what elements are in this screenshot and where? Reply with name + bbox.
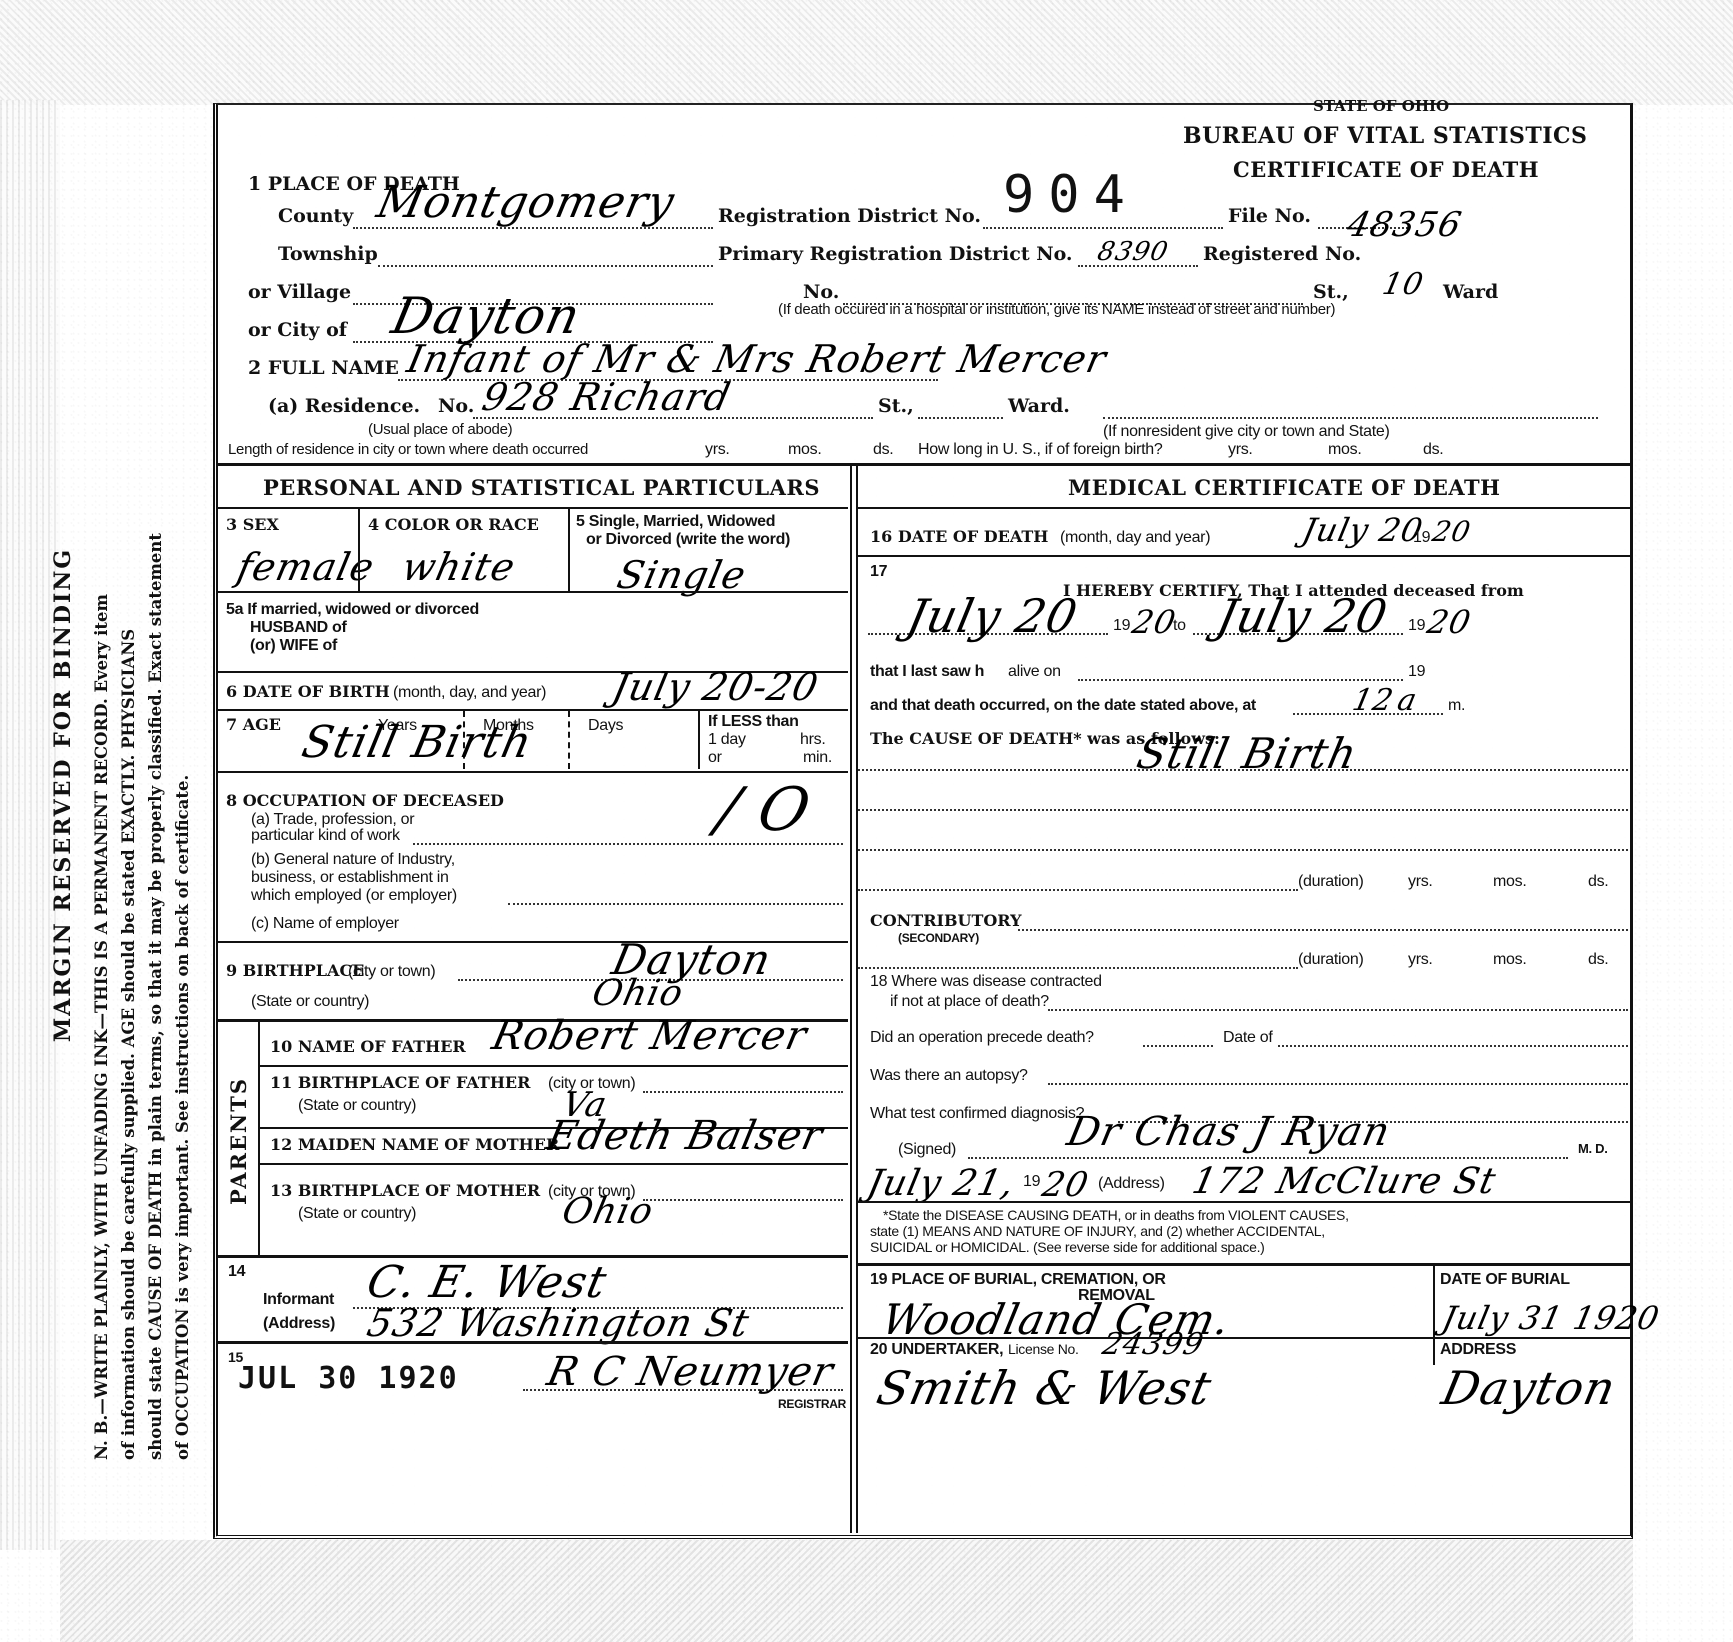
nonresident-note: (If nonresident give city or town and St… <box>1103 423 1390 441</box>
birthplace-state-label: (State or country) <box>251 993 369 1011</box>
q18-line-2: if not at place of death? <box>890 993 1049 1011</box>
primary-district-label: Primary Registration District No. <box>718 243 1073 265</box>
birthplace-sub: (city or town) <box>348 963 435 981</box>
q18-answer-line <box>1048 1009 1628 1011</box>
occupation-b-3: which employed (or employer) <box>251 887 457 905</box>
personal-heading: PERSONAL AND STATISTICAL PARTICULARS <box>263 475 820 500</box>
dob-value[interactable]: July 20-20 <box>608 665 822 709</box>
informant-address-label: (Address) <box>263 1315 335 1333</box>
county-value[interactable]: Montgomery <box>373 177 680 228</box>
binding-margin-instructions: MARGIN RESERVED FOR BINDING N. B.—WRITE … <box>50 130 200 1460</box>
burial-date-label: DATE OF BURIAL <box>1440 1271 1570 1289</box>
section-divider <box>218 463 1630 466</box>
duration-mos-2: mos. <box>1493 951 1526 969</box>
reg-district-label: Registration District No. <box>718 205 981 227</box>
occupation-mark[interactable]: / O <box>711 775 817 845</box>
duration-label-2: (duration) <box>1298 951 1363 969</box>
age-label: 7 AGE <box>226 715 281 734</box>
spouse-label-3: (or) WIFE of <box>250 637 337 655</box>
rule <box>568 711 570 769</box>
township-line <box>378 265 713 267</box>
rule <box>218 507 848 509</box>
residence-label: (a) Residence. <box>268 395 420 417</box>
burial-date-value[interactable]: July 31 1920 <box>1439 1299 1663 1337</box>
residence-ward-line <box>918 417 1003 419</box>
hospital-note: (If death occured in a hospital or insti… <box>778 301 1335 318</box>
rule <box>858 507 1630 509</box>
margin-line-3: should state CAUSE OF DEATH in plain ter… <box>142 130 169 1460</box>
operation-date-label: Date of <box>1223 1029 1273 1047</box>
cause-of-death-value[interactable]: Still Birth <box>1133 729 1362 778</box>
undertaker-address-label: ADDRESS <box>1440 1341 1516 1359</box>
street-no-label: No. <box>803 281 839 303</box>
less-hrs-label: hrs. <box>800 731 825 749</box>
margin-line-4: of OCCUPATION is very important. See ins… <box>169 130 196 1460</box>
rule <box>258 1021 260 1256</box>
md-label: M. D. <box>1578 1141 1608 1156</box>
rule <box>698 711 700 769</box>
margin-line-1: N. B.—WRITE PLAINLY, WITH UNFADING INK—T… <box>88 130 115 1460</box>
length-of-residence-label: Length of residence in city or town wher… <box>228 441 588 458</box>
last-saw-label: that I last saw h <box>870 663 984 681</box>
city-label: or City of <box>248 319 347 341</box>
occupation-c: (c) Name of employer <box>251 915 399 933</box>
attended-to-year[interactable]: 20 <box>1424 603 1475 641</box>
duration-label-1: (duration) <box>1298 873 1363 891</box>
us-mos: mos. <box>1328 441 1361 459</box>
dod-year[interactable]: 20 <box>1429 515 1474 548</box>
duration-ds-2: ds. <box>1588 951 1608 969</box>
signed-date[interactable]: July 21, <box>864 1163 1019 1204</box>
duration-yrs-1: yrs. <box>1408 873 1433 891</box>
contributory-label: CONTRIBUTORY <box>870 911 1022 930</box>
rule <box>1433 1265 1435 1365</box>
nonresident-line <box>1103 417 1598 419</box>
footnote-1: *State the DISEASE CAUSING DEATH, or in … <box>883 1207 1349 1223</box>
rule <box>260 1163 848 1165</box>
reg-district-line <box>983 227 1223 229</box>
secondary-label: (SECONDARY) <box>898 931 979 945</box>
attended-to[interactable]: July 20 <box>1212 589 1392 643</box>
county-label: County <box>278 205 353 227</box>
birthplace-label: 9 BIRTHPLACE <box>226 961 364 980</box>
item-17: 17 <box>870 563 887 581</box>
st-label: St., <box>1313 281 1349 303</box>
father-birthplace-line <box>643 1091 843 1093</box>
footnote-3: SUICIDAL or HOMICIDAL. (See reverse side… <box>870 1239 1265 1255</box>
residence-ward-label: Ward. <box>1008 395 1070 417</box>
less-day-label: 1 day <box>708 731 746 749</box>
us-ds: ds. <box>1423 441 1443 459</box>
primary-district-value[interactable]: 8390 <box>1095 237 1172 267</box>
margin-line-2: of information should be carefully suppl… <box>115 130 142 1460</box>
test-question: What test confirmed diagnosis? <box>870 1105 1084 1123</box>
undertaker-address-value[interactable]: Dayton <box>1437 1361 1621 1415</box>
birthplace-state[interactable]: Ohio <box>589 973 688 1014</box>
age-days-label: Days <box>588 717 623 735</box>
less-min-label: min. <box>803 749 832 767</box>
mother-name-label: 12 MAIDEN NAME OF MOTHER <box>270 1135 559 1154</box>
us-yrs: yrs. <box>1228 441 1253 459</box>
father-name-value[interactable]: Robert Mercer <box>488 1013 811 1059</box>
date-of-death-value[interactable]: July 20 <box>1299 511 1427 549</box>
race-label: 4 COLOR OR RACE <box>368 515 539 534</box>
signed-year-prefix: 19 <box>1023 1173 1040 1191</box>
column-divider <box>850 465 858 1533</box>
rule <box>568 509 570 591</box>
township-label: Township <box>278 243 378 265</box>
cause-duration-line <box>858 889 1298 891</box>
length-yrs: yrs. <box>705 441 730 459</box>
rule <box>218 591 848 593</box>
mother-state-label: (State or country) <box>298 1205 416 1223</box>
physician-address-value[interactable]: 172 McClure St <box>1189 1161 1500 1202</box>
operation-answer-line <box>1143 1045 1213 1047</box>
father-name-label: 10 NAME OF FATHER <box>270 1037 466 1056</box>
age-value[interactable]: Still Birth <box>298 717 537 768</box>
mother-name-value[interactable]: Edeth Balser <box>543 1113 827 1159</box>
how-long-us-label: How long in U. S., if of foreign birth? <box>918 441 1162 459</box>
residence-no-label: No. <box>438 395 474 417</box>
informant-address-value[interactable]: 532 Washington St <box>363 1301 753 1345</box>
rule <box>858 1201 1630 1203</box>
operation-date-line <box>1278 1045 1628 1047</box>
death-certificate-form: STATE OF OHIO BUREAU OF VITAL STATISTICS… <box>213 103 1633 1539</box>
rule <box>858 1337 1630 1339</box>
undertaker-value[interactable]: Smith & West <box>872 1361 1216 1415</box>
rule <box>218 709 848 711</box>
autopsy-question: Was there an autopsy? <box>870 1067 1028 1085</box>
operation-question: Did an operation precede death? <box>870 1029 1094 1047</box>
cause-line-2 <box>858 809 1628 811</box>
registered-no-value[interactable]: 48356 <box>1344 205 1466 245</box>
bureau-title: BUREAU OF VITAL STATISTICS <box>1183 123 1587 149</box>
rule <box>358 509 360 591</box>
death-occurred-label: and that death occurred, on the date sta… <box>870 697 1256 715</box>
contributory-line <box>1018 929 1628 931</box>
date-of-death-label: 16 DATE OF DEATH <box>870 527 1048 546</box>
mother-state-value[interactable]: Ohio <box>559 1191 658 1232</box>
sex-value[interactable]: female <box>233 545 378 589</box>
length-mos: mos. <box>788 441 821 459</box>
less-than-label: If LESS than <box>708 713 799 731</box>
attended-to-prefix: 19 <box>1408 617 1425 635</box>
certificate-title: CERTIFICATE OF DEATH <box>1233 157 1539 182</box>
alive-on-label: alive on <box>1008 663 1061 681</box>
autopsy-answer-line <box>1048 1083 1628 1085</box>
dob-sub: (month, day, and year) <box>393 684 546 702</box>
father-state-label: (State or country) <box>298 1097 416 1115</box>
state-label: STATE OF OHIO <box>1313 97 1449 115</box>
full-name-label: 2 FULL NAME <box>248 357 399 379</box>
rule <box>260 1065 848 1067</box>
duration-ds-1: ds. <box>1588 873 1608 891</box>
rule <box>218 771 848 773</box>
marital-label-1: 5 Single, Married, Widowed <box>576 513 775 531</box>
signed-year[interactable]: 20 <box>1039 1165 1093 1205</box>
occupation-b-line <box>508 903 843 905</box>
occupation-label: 8 OCCUPATION OF DECEASED <box>226 791 504 810</box>
parents-vertical-label: PARENTS <box>226 1077 251 1205</box>
ward-label: Ward <box>1443 281 1498 303</box>
attended-from-prefix: 19 <box>1113 617 1130 635</box>
occupation-a-2: particular kind of work <box>251 827 400 845</box>
rule <box>858 1263 1630 1266</box>
death-m-suffix: m. <box>1448 697 1465 715</box>
occupation-b-1: (b) General nature of Industry, <box>251 851 455 869</box>
contributory-duration-line <box>858 967 1298 969</box>
license-value[interactable]: 24399 <box>1099 1327 1207 1362</box>
physician-signature[interactable]: Dr Chas J Ryan <box>1063 1109 1395 1155</box>
dod-year-prefix: 19 <box>1413 529 1430 547</box>
rule <box>858 555 1630 557</box>
residence-st-label: St., <box>878 395 914 417</box>
mother-birthplace-label: 13 BIRTHPLACE OF MOTHER <box>270 1181 540 1200</box>
filed-stamp: JUL 30 1920 <box>238 1361 459 1396</box>
death-time-value[interactable]: 12 <box>1349 683 1397 718</box>
duration-yrs-2: yrs. <box>1408 951 1433 969</box>
medical-heading: MEDICAL CERTIFICATE OF DEATH <box>1068 475 1501 500</box>
registrar-signature[interactable]: R C Neumyer <box>543 1349 838 1395</box>
informant-label: Informant <box>263 1291 334 1309</box>
registrar-label: REGISTRAR <box>778 1397 846 1411</box>
residence-value[interactable]: 928 Richard <box>478 375 735 419</box>
spouse-label-2: HUSBAND of <box>250 619 347 637</box>
cause-line-3 <box>858 849 1628 851</box>
spouse-label-1: 5a If married, widowed or divorced <box>226 601 479 619</box>
marital-label-2: or Divorced (write the word) <box>586 531 790 549</box>
signed-label: (Signed) <box>898 1141 956 1159</box>
alive-on-year-prefix: 19 <box>1408 663 1425 681</box>
margin-title: MARGIN RESERVED FOR BINDING <box>50 130 76 1460</box>
less-or-label: or <box>708 749 722 767</box>
dob-label: 6 DATE OF BIRTH <box>226 682 390 701</box>
sex-label: 3 SEX <box>226 515 279 534</box>
race-value[interactable]: white <box>398 545 519 589</box>
q18-line-1: 18 Where was disease contracted <box>870 973 1102 991</box>
informant-number: 14 <box>228 1263 245 1281</box>
date-of-death-sub: (month, day and year) <box>1060 529 1210 547</box>
mother-birthplace-line <box>643 1199 843 1201</box>
usual-abode-note: (Usual place of abode) <box>368 421 512 438</box>
signature-line <box>968 1157 1568 1159</box>
father-birthplace-label: 11 BIRTHPLACE OF FATHER <box>270 1073 530 1092</box>
alive-on-line <box>1078 679 1403 681</box>
physician-address-label: (Address) <box>1098 1175 1165 1193</box>
attended-from[interactable]: July 20 <box>902 589 1082 643</box>
ward-value[interactable]: 10 <box>1379 267 1427 302</box>
occupation-b-2: business, or establishment in <box>251 869 449 887</box>
length-ds: ds. <box>873 441 893 459</box>
undertaker-label: 20 UNDERTAKER, <box>870 1341 1003 1359</box>
file-no-label: File No. <box>1228 205 1311 227</box>
village-label: or Village <box>248 281 351 303</box>
reg-district-value[interactable]: 904 <box>1003 165 1139 225</box>
footnote-2: state (1) MEANS AND NATURE OF INJURY, an… <box>870 1223 1325 1239</box>
duration-mos-1: mos. <box>1493 873 1526 891</box>
registered-no-label: Registered No. <box>1203 243 1361 265</box>
rule <box>218 1341 848 1344</box>
license-label: License No. <box>1008 1341 1079 1357</box>
to-label: to <box>1173 617 1186 635</box>
